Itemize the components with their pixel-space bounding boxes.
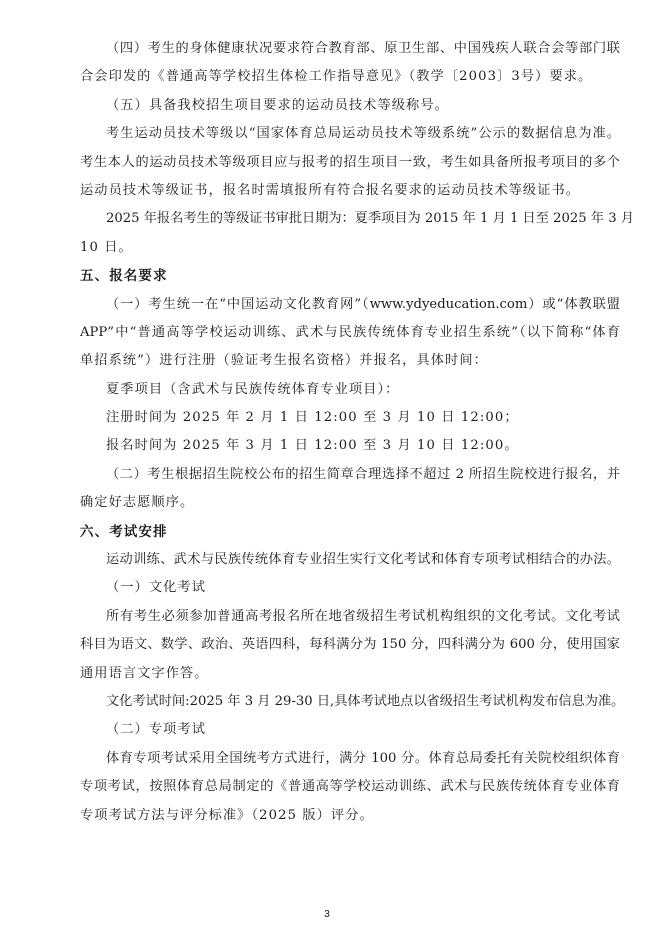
- document-body: （四）考生的身体健康状况要求符合教育部、原卫生部、中国残疾人联合会等部门联 合会…: [80, 35, 620, 830]
- paragraph-line: 所有考生必须参加普通高考报名所在地省级招生考试机构组织的文化考试。文化考试: [80, 603, 620, 631]
- paragraph-line: （四）考生的身体健康状况要求符合教育部、原卫生部、中国残疾人联合会等部门联: [80, 35, 620, 63]
- paragraph-line: 运动训练、武术与民族传统体育专业招生实行文化考试和体育专项考试相结合的办法。: [80, 546, 620, 574]
- paragraph-line: 专项考试方法与评分标准》（2025 版）评分。: [80, 802, 620, 830]
- paragraph-line: 单招系统”）进行注册（验证考生报名资格）并报名，具体时间：: [80, 347, 620, 375]
- paragraph-line: APP”中“普通高等学校运动训练、武术与民族传统体育专业招生系统”（以下简称“体…: [80, 319, 620, 347]
- paragraph-line: （二）专项考试: [80, 716, 620, 744]
- page-number: 3: [0, 909, 654, 920]
- paragraph-line: 确定好志愿顺序。: [80, 489, 620, 517]
- paragraph-line: （五）具备我校招生项目要求的运动员技术等级称号。: [80, 92, 620, 120]
- paragraph-line: 注册时间为 2025 年 2 月 1 日 12:00 至 3 月 10 日 12…: [80, 404, 620, 432]
- paragraph-line: 10 日。: [80, 234, 620, 262]
- paragraph-line: 夏季项目（含武术与民族传统体育专业项目）：: [80, 376, 620, 404]
- paragraph-line: 运动员技术等级证书，报名时需填报所有符合报名要求的运动员技术等级证书。: [80, 177, 620, 205]
- section-heading-exam-arrangement: 六、考试安排: [80, 518, 620, 546]
- paragraph-line: （二）考生根据招生院校公布的招生简章合理选择不超过 2 所招生院校进行报名，并: [80, 461, 620, 489]
- paragraph-line: 合会印发的《普通高等学校招生体检工作指导意见》（教学〔2003〕3号）要求。: [80, 63, 620, 91]
- section-heading-registration: 五、报名要求: [80, 262, 620, 290]
- paragraph-line: 报名时间为 2025 年 3 月 1 日 12:00 至 3 月 10 日 12…: [80, 432, 620, 460]
- paragraph-line: 2025 年报名考生的等级证书审批日期为：夏季项目为 2015 年 1 月 1 …: [80, 205, 620, 233]
- paragraph-line: 文化考试时间:2025 年 3 月 29-30 日,具体考试地点以省级招生考试机…: [80, 688, 620, 716]
- paragraph-line: 考生运动员技术等级以“国家体育总局运动员技术等级系统”公示的数据信息为准。: [80, 120, 620, 148]
- paragraph-line: （一）文化考试: [80, 574, 620, 602]
- paragraph-line: 专项考试，按照体育总局制定的《普通高等学校运动训练、武术与民族传统体育专业体育: [80, 773, 620, 801]
- paragraph-line: 通用语言文字作答。: [80, 660, 620, 688]
- paragraph-line: （一）考生统一在“中国运动文化教育网”（www.ydyeducation.com…: [80, 291, 620, 319]
- document-page: （四）考生的身体健康状况要求符合教育部、原卫生部、中国残疾人联合会等部门联 合会…: [0, 0, 654, 949]
- paragraph-line: 考生本人的运动员技术等级项目应与报考的招生项目一致，考生如具备所报考项目的多个: [80, 149, 620, 177]
- paragraph-line: 科目为语文、数学、政治、英语四科，每科满分为 150 分，四科满分为 600 分…: [80, 631, 620, 659]
- paragraph-line: 体育专项考试采用全国统考方式进行，满分 100 分。体育总局委托有关院校组织体育: [80, 745, 620, 773]
